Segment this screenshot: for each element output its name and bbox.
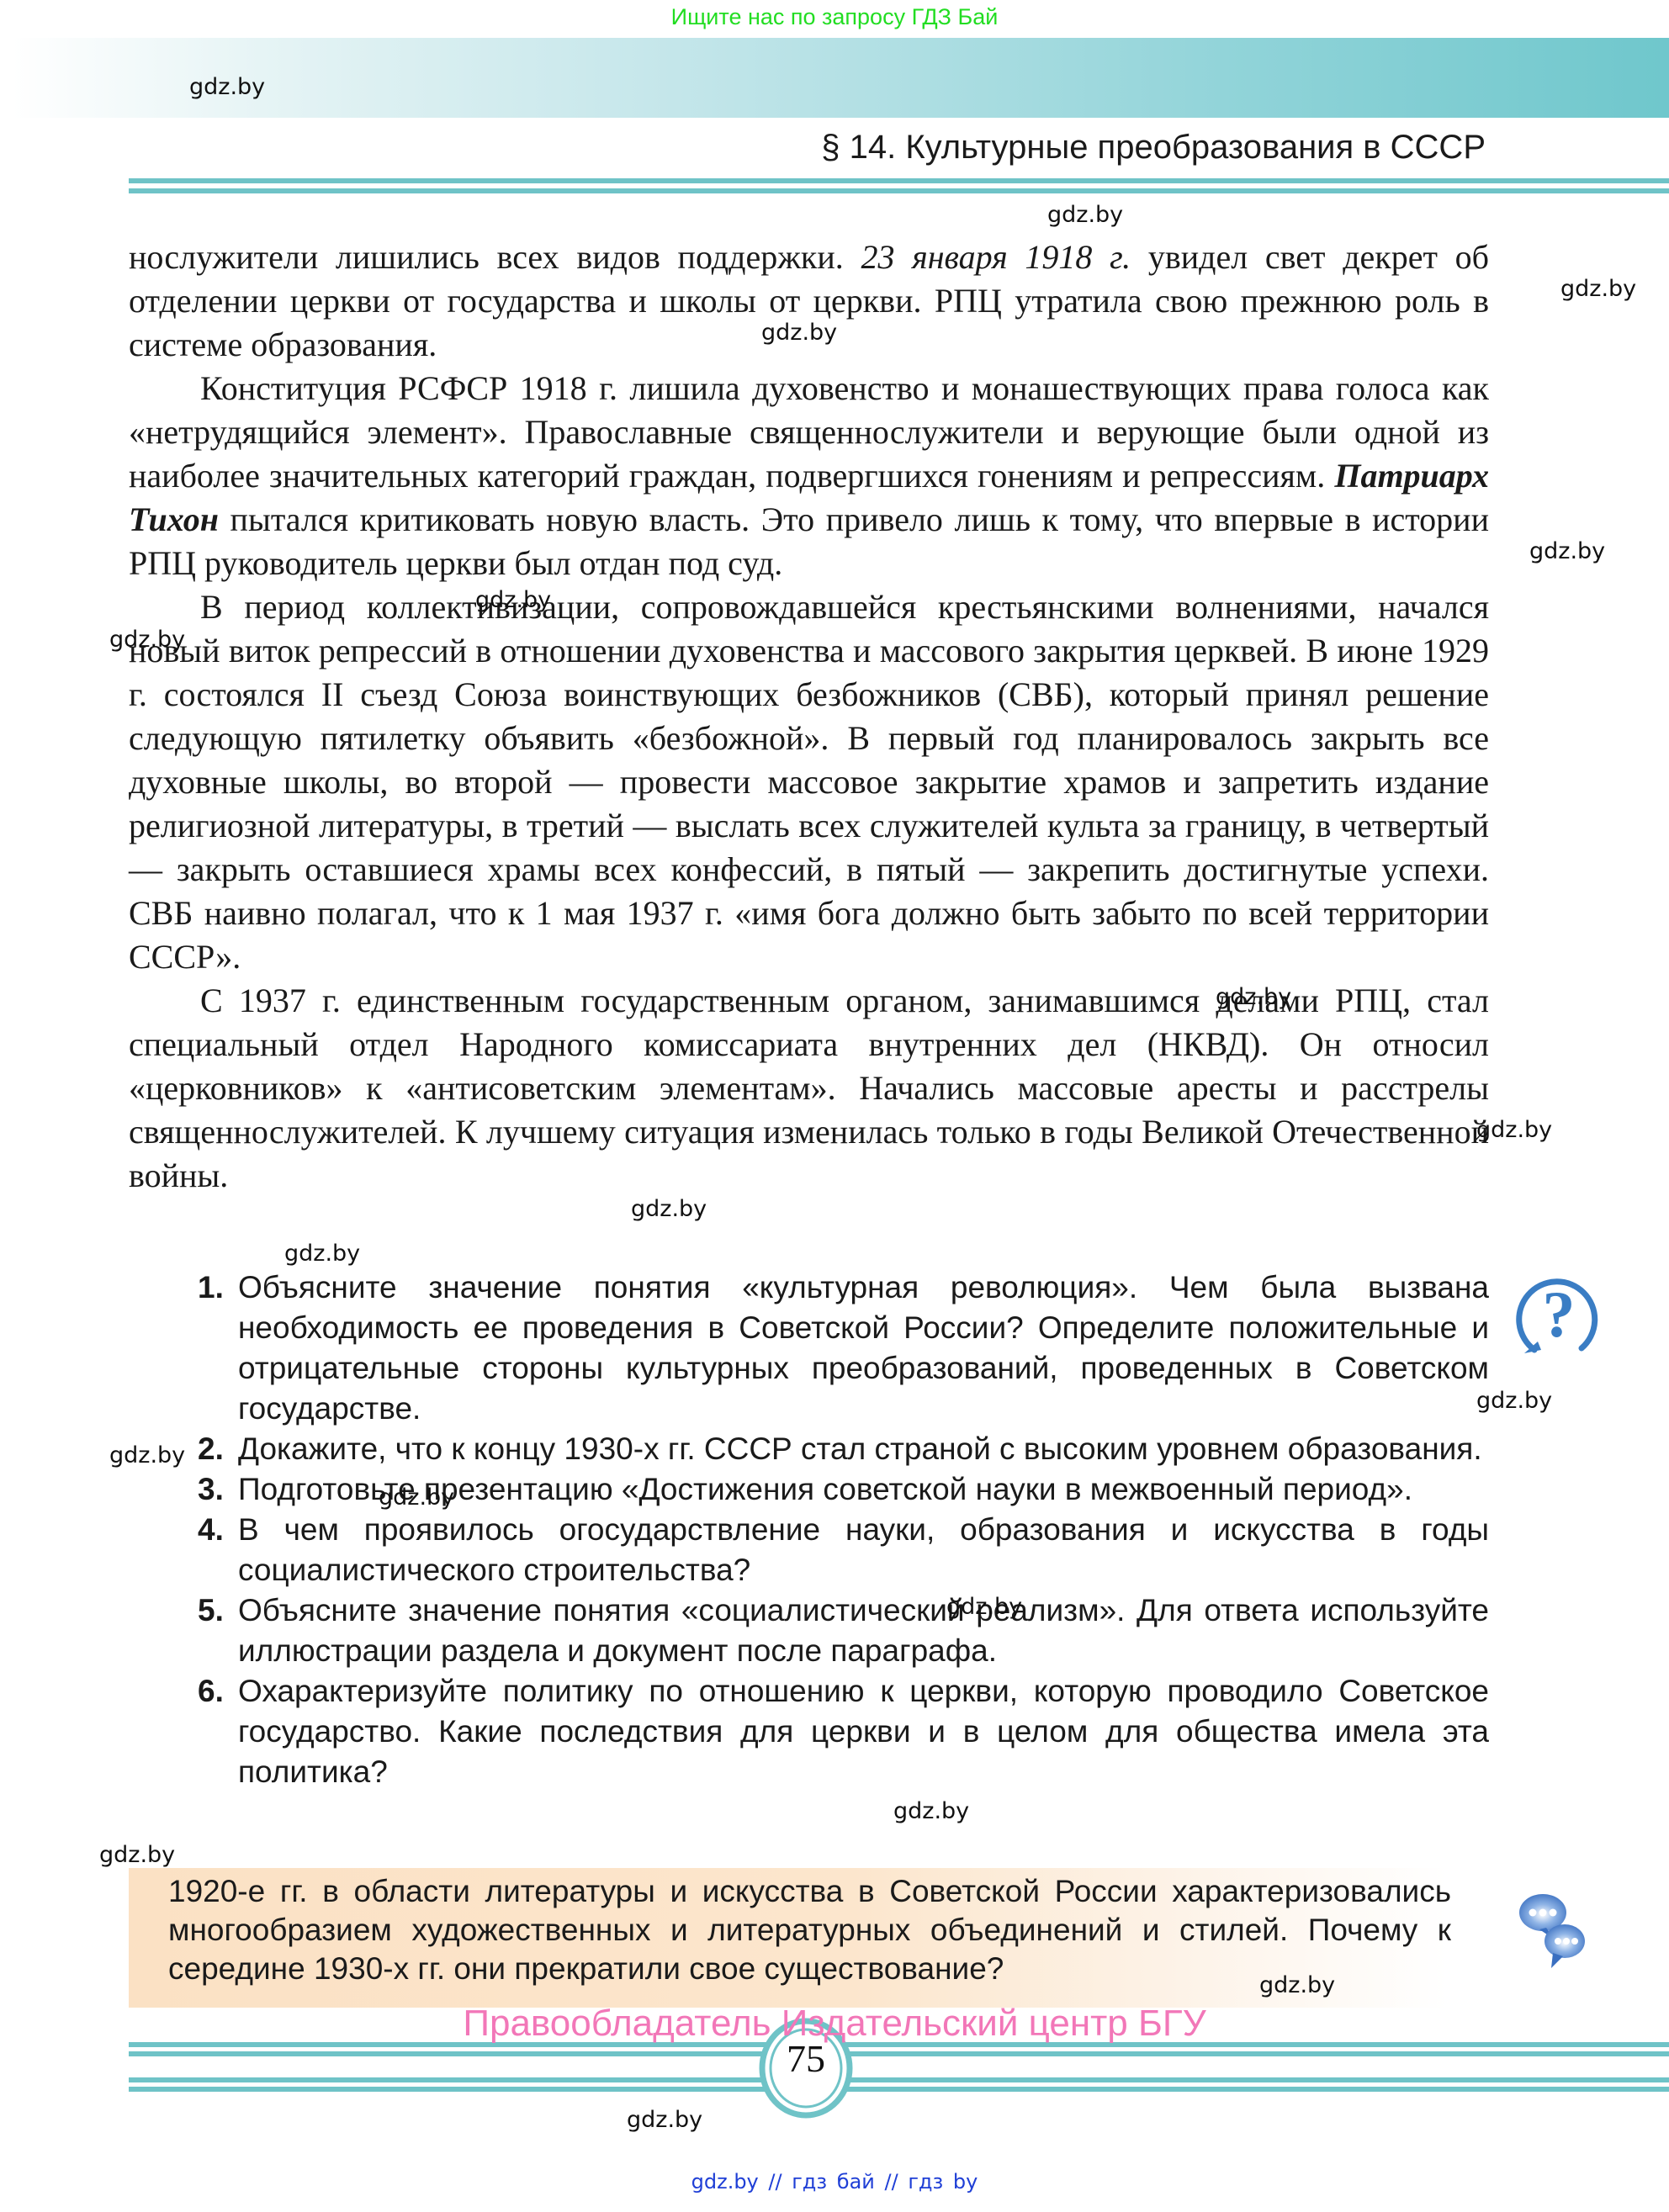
- watermark: gdz.by: [1560, 276, 1636, 303]
- watermark: gdz.by: [1259, 1972, 1335, 1999]
- footer-rule-2: [129, 2051, 1669, 2056]
- svg-text:?: ?: [1543, 1278, 1576, 1351]
- date-emphasis: 23 января 1918 г.: [861, 238, 1131, 276]
- watermark: gdz.by: [189, 74, 265, 101]
- header-rule-bottom: [129, 188, 1669, 193]
- watermark: gdz.by: [1529, 538, 1605, 565]
- paragraph-4: С 1937 г. единственным государственным о…: [129, 979, 1489, 1198]
- question-item: 6.Охарактеризуйте политику по отношению …: [198, 1671, 1489, 1792]
- question-item: 2.Докажите, что к концу 1930-х гг. СССР …: [198, 1429, 1489, 1469]
- watermark: gdz.by: [631, 1196, 707, 1223]
- watermark: gdz.by: [1047, 202, 1123, 229]
- watermark: gdz.by: [893, 1798, 969, 1825]
- question-bubble-icon: ?: [1516, 1276, 1602, 1362]
- paragraph-1: нослужители лишились всех видов поддержк…: [129, 235, 1489, 367]
- watermark: gdz.by: [379, 1484, 454, 1511]
- header-rule-top: [129, 178, 1669, 183]
- watermark: gdz.by: [761, 320, 837, 347]
- copyright-notice: Правообладатель Издательский центр БГУ: [0, 2002, 1669, 2045]
- section-title: § 14. Культурные преобразования в СССР: [821, 126, 1486, 168]
- watermark: gdz.by: [1476, 1117, 1552, 1144]
- watermark: gdz.by: [109, 1442, 185, 1469]
- paragraph-2: Конституция РСФСР 1918 г. лишила духовен…: [129, 367, 1489, 585]
- question-item: 1.Объясните значение понятия «культурная…: [198, 1267, 1489, 1429]
- footer-links[interactable]: gdz.by // гдз бай // гдз by: [0, 2168, 1669, 2195]
- watermark: gdz.by: [109, 627, 185, 654]
- footer-rule-3: [129, 2077, 1669, 2082]
- watermark: gdz.by: [284, 1241, 360, 1267]
- paragraph-3: В период коллективизации, сопровождавшей…: [129, 585, 1489, 979]
- body-text: нослужители лишились всех видов поддержк…: [129, 235, 1489, 1198]
- watermark: gdz.by: [1476, 1388, 1552, 1415]
- search-hint-banner: Ищите нас по запросу ГДЗ Бай: [0, 2, 1669, 32]
- discussion-prompt: 1920-е гг. в области литературы и искусс…: [168, 1872, 1451, 1988]
- watermark: gdz.by: [99, 1842, 175, 1869]
- question-item: 5.Объясните значение понятия «социалисти…: [198, 1590, 1489, 1671]
- watermark: gdz.by: [946, 1594, 1022, 1621]
- question-item: 4.В чем проявилось огосударствление наук…: [198, 1510, 1489, 1590]
- chat-bubbles-icon: [1514, 1887, 1590, 1971]
- watermark: gdz.by: [627, 2107, 702, 2134]
- footer-rule-4: [129, 2087, 1669, 2092]
- review-questions: 1.Объясните значение понятия «культурная…: [198, 1267, 1489, 1792]
- watermark: gdz.by: [475, 587, 551, 614]
- watermark: gdz.by: [1216, 984, 1291, 1011]
